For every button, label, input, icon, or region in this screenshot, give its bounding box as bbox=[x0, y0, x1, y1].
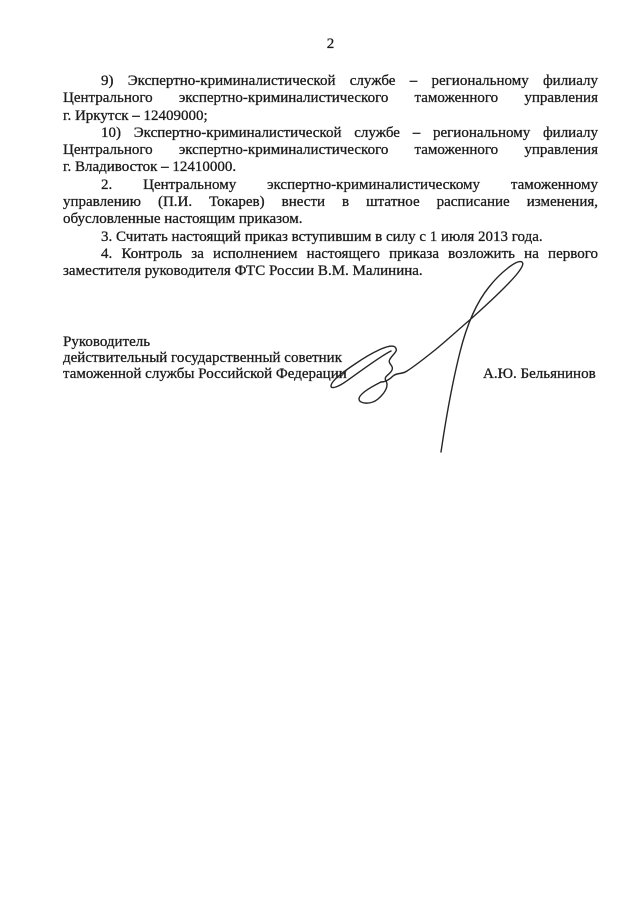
text-line: 9) Экспертно-криминалистической службе –… bbox=[63, 73, 598, 90]
text-line: управлению (П.И. Токарев) внести в штатн… bbox=[63, 194, 598, 211]
text-line: обусловленные настоящим приказом. bbox=[63, 211, 598, 228]
text-line: г. Владивосток – 12410000. bbox=[63, 159, 598, 176]
text-line: 10) Экспертно-криминалистической службе … bbox=[63, 125, 598, 142]
document-body: 9) Экспертно-криминалистической службе –… bbox=[63, 73, 598, 281]
signature-title-line: Руководитель bbox=[63, 334, 347, 350]
text-line: 3. Считать настоящий приказ вступившим в… bbox=[63, 229, 598, 246]
text-line: Центрального экспертно-криминалистическо… bbox=[63, 90, 598, 107]
signature-title-line: таможенной службы Российской Федерации bbox=[63, 366, 347, 382]
text-line: 4. Контроль за исполнением настоящего пр… bbox=[63, 246, 598, 263]
text-line: 2. Центральному экспертно-криминалистиче… bbox=[63, 177, 598, 194]
document-page: 2 9) Экспертно-криминалистической службе… bbox=[0, 0, 640, 905]
signature-stroke bbox=[381, 262, 523, 452]
signature-title-block: Руководитель действительный государствен… bbox=[63, 334, 347, 383]
text-line: г. Иркутск – 12409000; bbox=[63, 108, 598, 125]
signature-title-line: действительный государственный советник bbox=[63, 350, 347, 366]
text-line: заместителя руководителя ФТС России В.М.… bbox=[63, 263, 598, 280]
page-number: 2 bbox=[63, 37, 598, 52]
text-line: Центрального экспертно-криминалистическо… bbox=[63, 142, 598, 159]
signer-name: А.Ю. Бельянинов bbox=[483, 366, 596, 382]
